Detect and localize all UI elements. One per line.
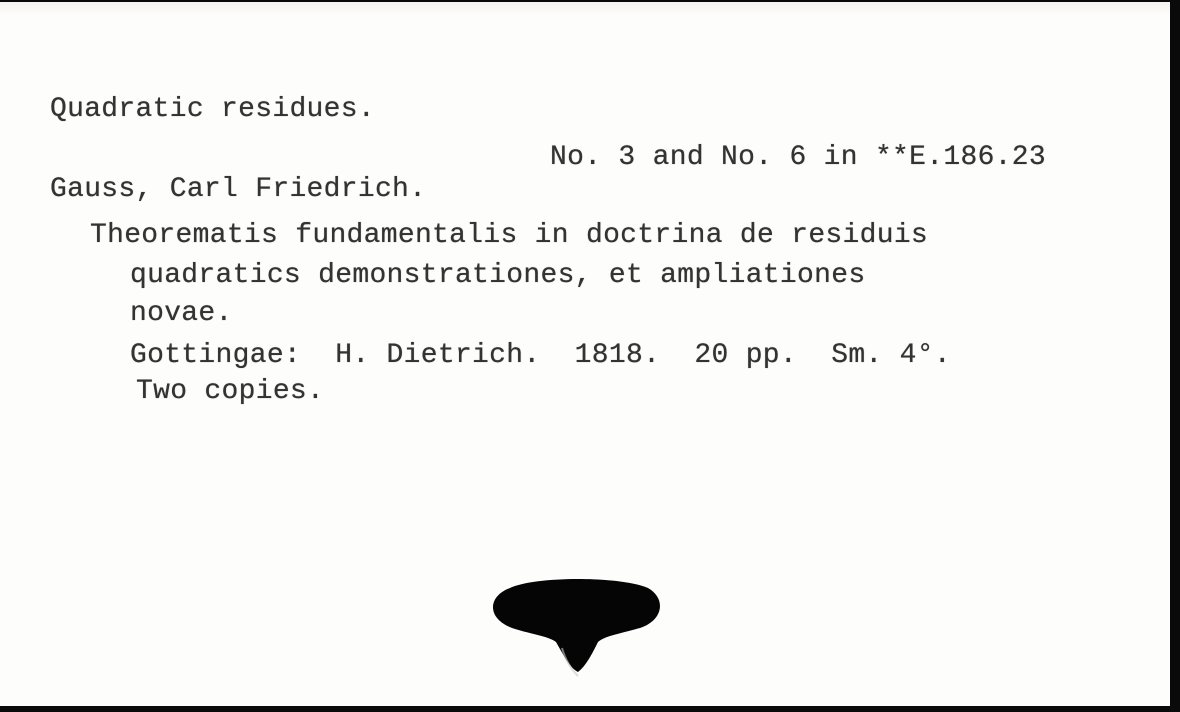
title-line-3: novae. — [130, 298, 233, 330]
imprint-line: Gottingae: H. Dietrich. 1818. 20 pp. Sm.… — [130, 340, 951, 372]
catalog-card: Quadratic residues. No. 3 and No. 6 in *… — [0, 2, 1170, 706]
title-line-2: quadratics demonstrationes, et ampliatio… — [130, 260, 865, 292]
location-note: No. 3 and No. 6 in **E.186.23 — [550, 142, 1046, 174]
title-line-1: Theorematis fundamentalis in doctrina de… — [90, 220, 928, 252]
subject-heading: Quadratic residues. — [50, 94, 375, 126]
punch-hole-icon — [490, 578, 662, 678]
copies-note: Two copies. — [136, 376, 324, 408]
author-name: Gauss, Carl Friedrich. — [50, 174, 426, 206]
